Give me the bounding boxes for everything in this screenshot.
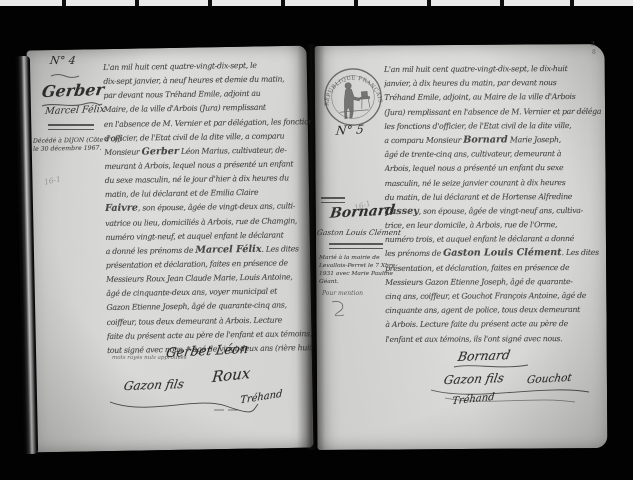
- handwritten-line: les prénoms de Gaston Louis Clément. Les…: [385, 246, 602, 261]
- signature-flourish: [425, 382, 595, 408]
- act-number-left: N° 4: [49, 54, 76, 67]
- handwritten-line: janvier, à dix heures du matin, par deva…: [384, 76, 601, 91]
- handwritten-line: Tréhand Emile, adjoint, au Maire de la v…: [384, 90, 601, 105]
- act-text-right: L'an mil huit cent quatre-vingt-dix-sept…: [384, 62, 602, 347]
- act-number-right: N° 5: [335, 122, 365, 138]
- film-tick: [427, 0, 431, 6]
- mention-paraph: [328, 299, 358, 319]
- handwritten-line: trice, en leur domicile, à Arbois, rue d…: [385, 218, 602, 233]
- film-tick: [208, 0, 212, 6]
- handwritten-line: L'an mil huit cent quatre-vingt-dix-sept…: [384, 62, 601, 77]
- handwritten-line: Géant.: [319, 278, 395, 286]
- handwritten-line: Arbois, lequel nous a présenté un enfant…: [385, 161, 602, 176]
- marriage-marginal-note: Marié à la mairie deLevallois-Perret le …: [319, 254, 395, 286]
- margin-given-names-left: Marcel Félix: [44, 104, 105, 117]
- handwritten-line: cinquante ans, agent de police, tous deu…: [385, 303, 602, 318]
- handwritten-line: Marié à la mairie de: [319, 254, 395, 262]
- handwritten-line: du matin, de lui déclarant et de Hortens…: [385, 190, 602, 205]
- handwritten-line: présentation, et déclaration, faites en …: [385, 260, 602, 275]
- film-tick: [62, 0, 66, 6]
- handwritten-line: les fonctions d'officier, de l'Etat civi…: [384, 119, 601, 134]
- page-corner-mark-top: 3: [591, 42, 595, 48]
- handwritten-line: à Arbois. Lecture faite du présent acte …: [385, 317, 602, 332]
- handwritten-line: numéro trois, et auquel enfant le déclar…: [385, 232, 602, 247]
- act-text-left: L'an mil huit cent quatre-vingt-dix-sept…: [103, 58, 314, 358]
- film-tick: [570, 0, 574, 6]
- handwritten-line: Jussey, son épouse, âgée de vingt-neuf a…: [385, 204, 602, 219]
- mention-label: Pour mention: [322, 290, 363, 297]
- handwritten-line: cinq ans, coiffeur, et Gouchot François …: [385, 289, 602, 304]
- handwritten-line: Messieurs Gazon Etienne Joseph, âgé de q…: [385, 275, 602, 290]
- signature-witness1-left: Gazon fils: [123, 377, 185, 393]
- microfilm-frame: N° 4 Gerber Marcel Félix Décédé à DIJON …: [0, 0, 633, 480]
- margin-rule-right-top: [321, 197, 345, 203]
- handwritten-line: masculin, né le seize janvier courant à …: [385, 175, 602, 190]
- margin-rule-right: [329, 243, 383, 249]
- handwritten-line: (Jura) remplissant en l'absence de M. Ve…: [384, 104, 601, 119]
- film-tick: [281, 0, 285, 6]
- handwritten-line: a comparu Monsieur Bornard Marie Joseph,: [384, 133, 601, 148]
- film-edge-strip: [0, 0, 633, 6]
- handwritten-line: 1931 avec Marie Pauline: [319, 270, 395, 278]
- margin-surname-left: Gerber: [41, 80, 106, 101]
- film-tick: [500, 0, 504, 6]
- film-tick: [135, 0, 139, 6]
- handwritten-line: Levallois-Perret le 7 Xbre: [319, 262, 395, 270]
- film-tick: [354, 0, 358, 6]
- margin-rule: [48, 124, 94, 130]
- signature-flourish: [106, 394, 266, 418]
- handwritten-line: âgé de trente-cinq ans, cultivateur, dem…: [384, 147, 601, 162]
- republique-francaise-seal-icon: RÉPUBLIQUE FRANÇAISE: [319, 63, 386, 130]
- page-corner-mark-bottom: 8: [592, 50, 596, 56]
- handwritten-line: l'enfant et aux témoins, ils l'ont signé…: [385, 331, 602, 346]
- margin-underline: [50, 73, 80, 79]
